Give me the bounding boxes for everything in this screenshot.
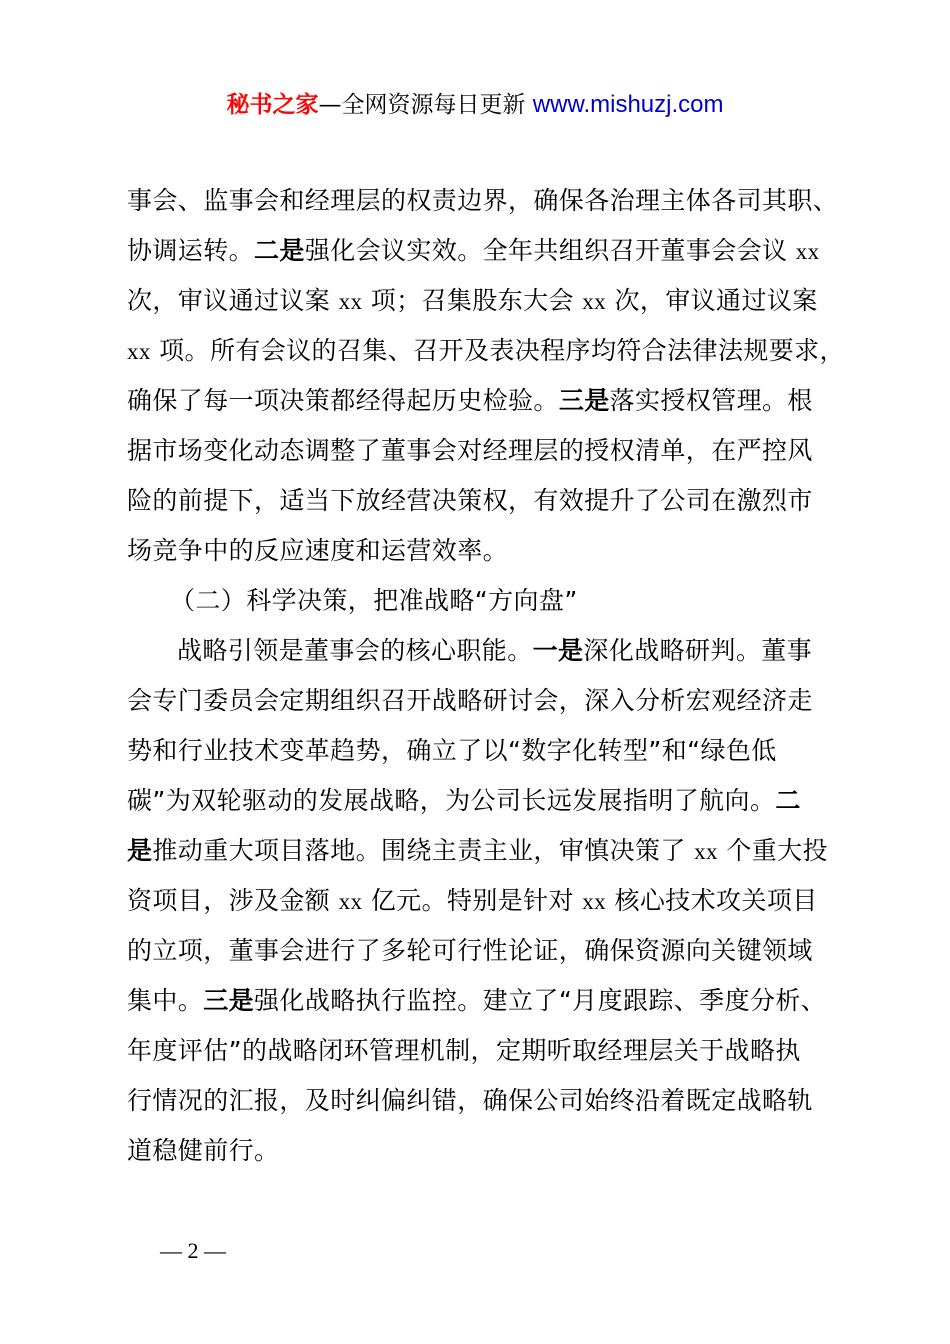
bold-marker: 一是 [533,636,584,665]
bold-marker: 是 [127,836,152,865]
bold-marker: 二 [775,786,800,815]
text-line: 的立项，董事会进行了多轮可行性论证，确保资源向关键领域 [127,933,847,969]
text-line: 势和行业技术变革趋势，确立了以“数字化转型”和“绿色低 [127,733,847,769]
document-header: 秘书之家—全网资源每日更新 www.mishuzj.com [0,88,950,122]
text-line: 道稳健前行。 [127,1133,847,1169]
text-line: 行情况的汇报，及时纠偏纠错，确保公司始终沿着既定战略轨 [127,1083,847,1119]
text-line: 会专门委员会定期组织召开战略研讨会，深入分析宏观经济走 [127,683,847,719]
text-line: 碳”为双轮驱动的发展战略，为公司长远发展指明了航向。二 [127,783,847,819]
brand-name: 秘书之家 [226,92,318,118]
text-line: 资项目，涉及金额 xx 亿元。特别是针对 xx 核心技术攻关项目 [127,883,847,920]
section-heading: （二）科学决策，把准战略“方向盘” [170,583,890,619]
text-line: 场竞争中的反应速度和运营效率。 [127,533,847,569]
header-url-link[interactable]: www.mishuzj.com [533,91,724,118]
text-line: 年度评估”的战略闭环管理机制，定期听取经理层关于战略执 [127,1033,847,1069]
text-line: 事会、监事会和经理层的权责边界，确保各治理主体各司其职、 [127,183,847,219]
text-line: 确保了每一项决策都经得起历史检验。三是落实授权管理。根 [127,383,847,419]
text-line: 协调运转。二是强化会议实效。全年共组织召开董事会会议 xx [127,233,847,270]
text-line: 是推动重大项目落地。围绕主责主业，审慎决策了 xx 个重大投 [127,833,847,870]
text-line: 次，审议通过议案 xx 项；召集股东大会 xx 次，审议通过议案 [127,283,847,320]
bold-marker: 三是 [203,986,254,1015]
text-line: xx 项。所有会议的召集、召开及表决程序均符合法律法规要求， [127,333,847,370]
header-slogan: —全网资源每日更新 [318,92,525,118]
text-line: 集中。三是强化战略执行监控。建立了“月度跟踪、季度分析、 [127,983,847,1019]
page-number: — 2 — [160,1238,226,1264]
text-line: 据市场变化动态调整了董事会对经理层的授权清单，在严控风 [127,433,847,469]
bold-marker: 三是 [559,386,610,415]
text-line: 战略引领是董事会的核心职能。一是深化战略研判。董事 [177,633,897,669]
text-line: 险的前提下，适当下放经营决策权，有效提升了公司在激烈市 [127,483,847,519]
bold-marker: 二是 [254,236,305,265]
